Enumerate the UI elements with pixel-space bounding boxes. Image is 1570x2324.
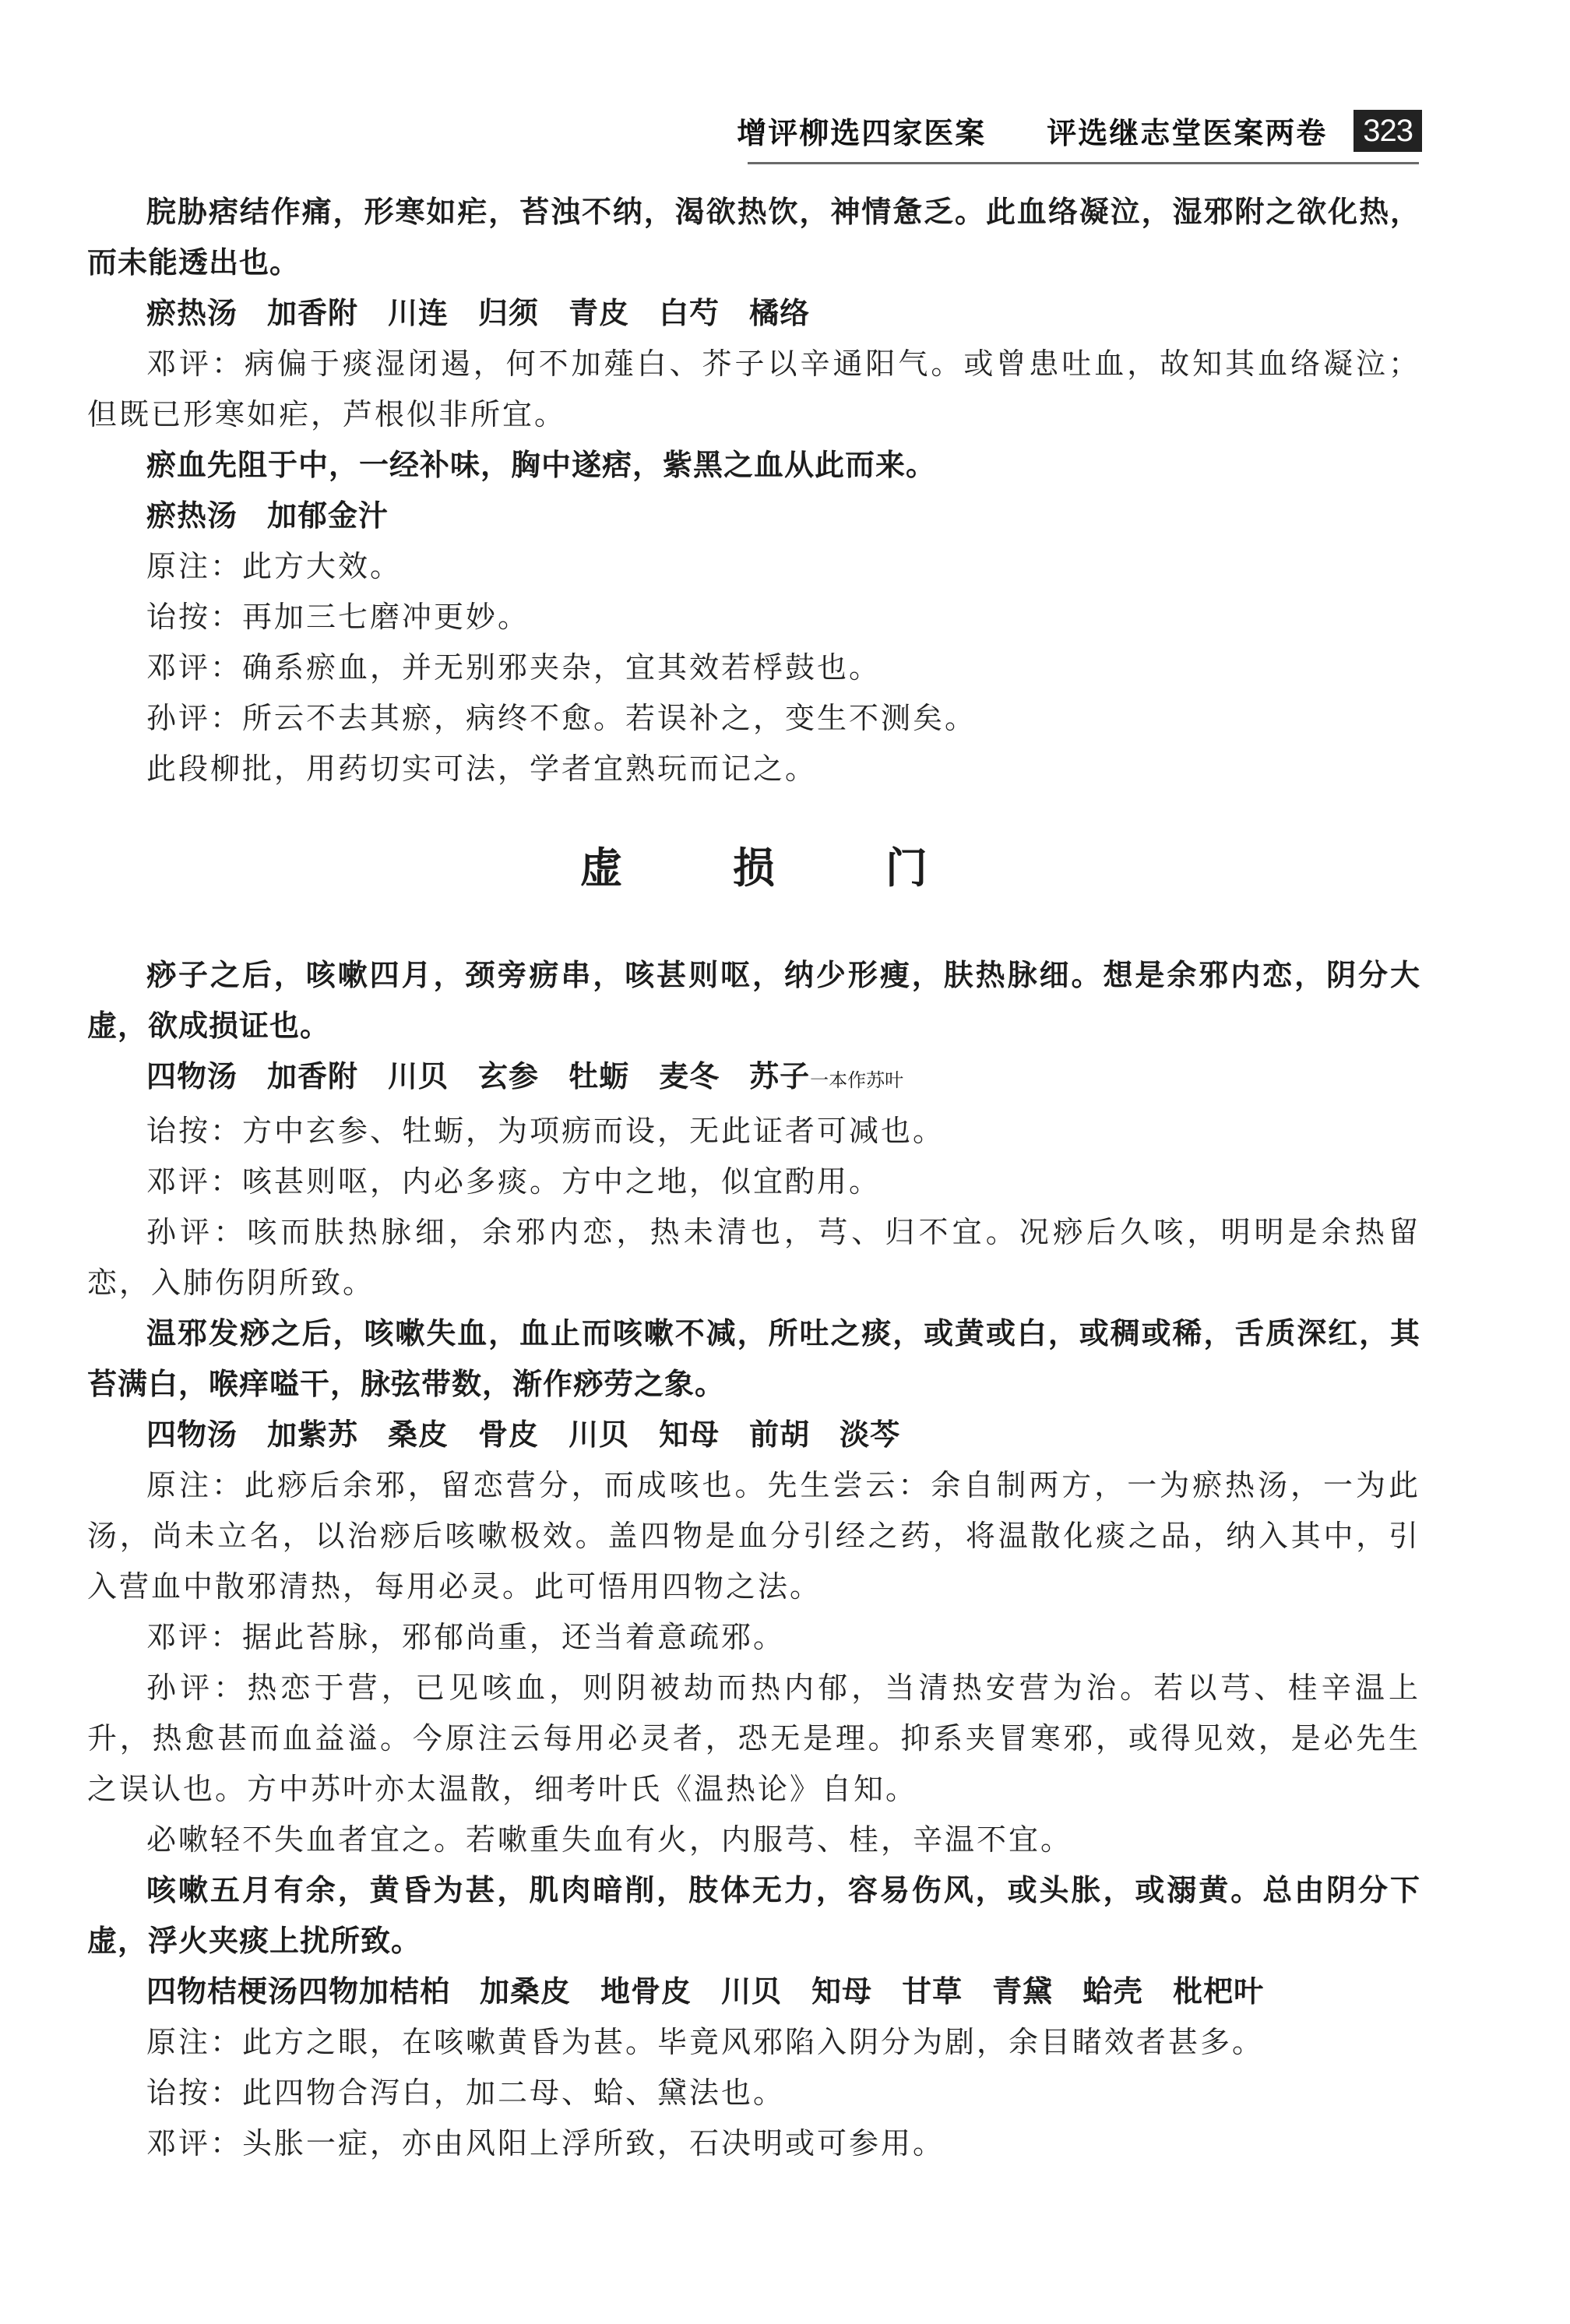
commentary: 孙评：所云不去其瘀，病终不愈。若误补之，变生不测矣。 <box>87 693 1420 744</box>
herb-item: 川贝 <box>569 1417 629 1452</box>
herb-item: 枇杷叶 <box>1173 1974 1264 2009</box>
commentary: 邓评：据此苔脉，邪郁尚重，还当着意疏邪。 <box>87 1612 1420 1663</box>
herb-item: 四物汤 <box>146 1417 238 1452</box>
herb-item: 地骨皮 <box>600 1974 692 2009</box>
herb-item: 加香附 <box>267 1059 358 1093</box>
herb-item: 知母 <box>811 1974 872 2009</box>
herb-item: 蛤壳 <box>1082 1974 1143 2009</box>
herb-item: 牡蛎 <box>569 1059 629 1093</box>
herb-item: 淡芩 <box>840 1417 900 1452</box>
commentary: 诒按：方中玄参、牡蛎，为项疬而设，无此证者可减也。 <box>87 1106 1420 1157</box>
commentary: 邓评：头胀一症，亦由风阳上浮所致，石决明或可参用。 <box>87 2118 1420 2169</box>
commentary: 原注：此痧后余邪，留恋营分，而成咳也。先生尝云：余自制两方，一为瘀热汤，一为此汤… <box>87 1460 1420 1612</box>
herb-item: 麦冬 <box>659 1059 720 1093</box>
herb-item: 加桑皮 <box>480 1974 571 2009</box>
herb-item: 青皮 <box>569 296 629 330</box>
commentary: 原注：此方大效。 <box>87 541 1420 592</box>
section-xusun: 痧子之后，咳嗽四月，颈旁疬串，咳甚则呕，纳少形瘦，肤热脉细。想是余邪内恋，阴分大… <box>87 950 1420 2169</box>
commentary: 诒按：此四物合泻白，加二母、蛤、黛法也。 <box>87 2068 1420 2118</box>
commentary: 孙评：热恋于营，已见咳血，则阴被劫而热内郁，当清热安营为治。若以芎、桂辛温上升，… <box>87 1663 1420 1815</box>
case-description: 瘀血先阻于中，一经补味，胸中遂痞，紫黑之血从此而来。 <box>87 440 1420 491</box>
herb-item: 归须 <box>478 296 539 330</box>
herb-item: 苏子一本作苏叶 <box>749 1059 903 1093</box>
herb-item: 瘀热汤 <box>146 296 238 330</box>
commentary: 必嗽轻不失血者宜之。若嗽重失血有火，内服芎、桂，辛温不宜。 <box>87 1815 1420 1865</box>
herb-item: 甘草 <box>902 1974 963 2009</box>
herb-item: 川连 <box>388 296 449 330</box>
herb-item: 瘀热汤 <box>146 498 238 533</box>
herb-item: 加郁金汁 <box>267 498 389 533</box>
herb-item: 橘络 <box>749 296 810 330</box>
herb-item: 青黛 <box>992 1974 1053 2009</box>
commentary: 邓评：确系瘀血，并无别邪夹杂，宜其效若桴鼓也。 <box>87 643 1420 693</box>
herb-item: 加紫苏 <box>267 1417 358 1452</box>
commentary: 此段柳批，用药切实可法，学者宜熟玩而记之。 <box>87 744 1420 794</box>
prescription-line: 四物桔梗汤四物加桔柏加桑皮地骨皮川贝知母甘草青黛蛤壳枇杷叶 <box>87 1967 1420 2017</box>
herb-item: 知母 <box>659 1417 720 1452</box>
herb-item: 川贝 <box>721 1974 782 2009</box>
commentary: 孙评：咳而肤热脉细，余邪内恋，热未清也，芎、归不宜。况痧后久咳，明明是余热留恋，… <box>87 1207 1420 1308</box>
case-description: 痧子之后，咳嗽四月，颈旁疬串，咳甚则呕，纳少形瘦，肤热脉细。想是余邪内恋，阴分大… <box>87 950 1420 1051</box>
header-rule <box>748 162 1419 164</box>
body-text: 脘胁痞结作痛，形寒如疟，苔浊不纳，渴欲热饮，神情惫乏。此血络凝泣，湿邪附之欲化热… <box>87 187 1420 2169</box>
prescription-line: 瘀热汤加郁金汁 <box>87 491 1420 541</box>
commentary: 邓评：咳甚则呕，内必多痰。方中之地，似宜酌用。 <box>87 1157 1420 1207</box>
volume-title: 评选继志堂医案两卷 <box>1047 109 1327 152</box>
herb-item: 四物汤 <box>146 1059 238 1093</box>
section-title: 虚 损 门 <box>87 826 1420 911</box>
commentary: 邓评：病偏于痰湿闭遏，何不加薤白、芥子以辛通阳气。或曾患吐血，故知其血络凝泣；但… <box>87 339 1420 440</box>
herb-item: 骨皮 <box>478 1417 539 1452</box>
herb-variant-note: 一本作苏叶 <box>810 1069 903 1091</box>
preceding-section: 脘胁痞结作痛，形寒如疟，苔浊不纳，渴欲热饮，神情惫乏。此血络凝泣，湿邪附之欲化热… <box>87 187 1420 794</box>
running-header: 增评柳选四家医案 评选继志堂医案两卷 323 <box>737 109 1422 152</box>
book-page: 增评柳选四家医案 评选继志堂医案两卷 323 脘胁痞结作痛，形寒如疟，苔浊不纳，… <box>0 0 1570 2324</box>
herb-item: 川贝 <box>388 1059 449 1093</box>
book-title: 增评柳选四家医案 <box>737 109 986 152</box>
herb-item: 四物桔梗汤四物加桔柏 <box>146 1974 450 2009</box>
prescription-line: 四物汤加紫苏桑皮骨皮川贝知母前胡淡芩 <box>87 1410 1420 1460</box>
case-description: 脘胁痞结作痛，形寒如疟，苔浊不纳，渴欲热饮，神情惫乏。此血络凝泣，湿邪附之欲化热… <box>87 187 1420 288</box>
herb-item: 桑皮 <box>388 1417 449 1452</box>
herb-item: 前胡 <box>749 1417 810 1452</box>
prescription-line: 瘀热汤加香附川连归须青皮白芍橘络 <box>87 288 1420 339</box>
commentary: 原注：此方之眼，在咳嗽黄昏为甚。毕竟风邪陷入阴分为剧，余目睹效者甚多。 <box>87 2017 1420 2068</box>
commentary: 诒按：再加三七磨冲更妙。 <box>87 592 1420 643</box>
herb-item: 加香附 <box>267 296 358 330</box>
prescription-line: 四物汤加香附川贝玄参牡蛎麦冬苏子一本作苏叶 <box>87 1051 1420 1106</box>
herb-item: 玄参 <box>478 1059 539 1093</box>
page-number-badge: 323 <box>1354 110 1422 152</box>
case-description: 咳嗽五月有余，黄昏为甚，肌肉暗削，肢体无力，容易伤风，或头胀，或溺黄。总由阴分下… <box>87 1865 1420 1967</box>
herb-item: 白芍 <box>659 296 720 330</box>
case-description: 温邪发痧之后，咳嗽失血，血止而咳嗽不减，所吐之痰，或黄或白，或稠或稀，舌质深红，… <box>87 1308 1420 1410</box>
